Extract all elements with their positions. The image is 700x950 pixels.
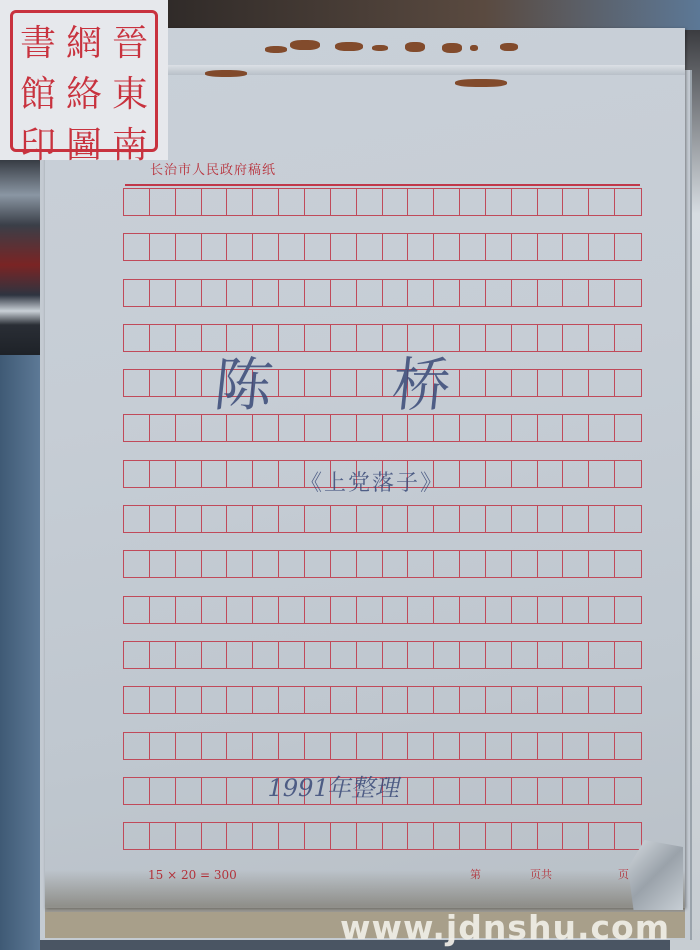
grid-cell: [253, 551, 279, 577]
grid-cell: [305, 823, 331, 849]
grid-cell: [589, 189, 615, 215]
grid-cell: [202, 733, 228, 759]
grid-cell: [486, 642, 512, 668]
grid-cell: [124, 506, 150, 532]
grid-cell: [512, 823, 538, 849]
grid-cell: [408, 597, 434, 623]
rust-stain: [372, 45, 388, 51]
rust-stain: [290, 40, 320, 50]
grid-cell: [589, 642, 615, 668]
background-shelf: [0, 155, 45, 355]
grid-cell: [305, 189, 331, 215]
grid-cell: [202, 687, 228, 713]
grid-cell: [227, 461, 253, 487]
grid-cell: [202, 280, 228, 306]
grid-cell: [383, 280, 409, 306]
grid-cell: [460, 733, 486, 759]
grid-cell: [589, 280, 615, 306]
grid-cell: [408, 733, 434, 759]
grid-cell: [331, 280, 357, 306]
grid-cell: [460, 687, 486, 713]
grid-cell: [615, 551, 641, 577]
grid-cell: [176, 234, 202, 260]
grid-cell: [227, 597, 253, 623]
grid-cell: [202, 778, 228, 804]
grid-cell: [512, 189, 538, 215]
seal-char: 網: [66, 15, 102, 66]
seal-char: 南: [112, 117, 148, 168]
grid-cell: [538, 189, 564, 215]
grid-cell: [176, 370, 202, 396]
grid-cell: [124, 733, 150, 759]
grid-cell: [589, 325, 615, 351]
grid-cell: [357, 280, 383, 306]
grid-cell: [176, 823, 202, 849]
grid-cell: [434, 687, 460, 713]
grid-cell: [460, 642, 486, 668]
grid-cell: [305, 733, 331, 759]
grid-cell: [253, 733, 279, 759]
grid-cell: [486, 461, 512, 487]
grid-cell: [253, 189, 279, 215]
grid-cell: [460, 597, 486, 623]
grid-cell: [486, 234, 512, 260]
grid-cell: [150, 733, 176, 759]
grid-cell: [589, 506, 615, 532]
grid-cell: [176, 687, 202, 713]
grid-cell: [150, 778, 176, 804]
grid-cell: [124, 687, 150, 713]
grid-cell: [202, 234, 228, 260]
grid-cell: [331, 687, 357, 713]
grid-cell: [434, 189, 460, 215]
grid-cell: [279, 642, 305, 668]
grid-cell: [331, 642, 357, 668]
grid-cell: [124, 642, 150, 668]
grid-cell: [124, 415, 150, 441]
grid-cell: [227, 189, 253, 215]
grid-cell: [383, 234, 409, 260]
grid-cell: [279, 733, 305, 759]
grid-cell: [563, 687, 589, 713]
grid-cell: [124, 778, 150, 804]
grid-cell: [486, 778, 512, 804]
grid-cell: [589, 370, 615, 396]
grid-cell: [253, 280, 279, 306]
grid-cell: [150, 415, 176, 441]
grid-cell: [227, 687, 253, 713]
grid-cell: [305, 280, 331, 306]
grid-row: [123, 686, 642, 714]
seal-char: 晉: [112, 15, 148, 66]
grid-cell: [512, 642, 538, 668]
grid-cell: [150, 189, 176, 215]
grid-cell: [563, 234, 589, 260]
rust-stain: [405, 42, 425, 52]
grid-cell: [124, 823, 150, 849]
grid-cell: [615, 234, 641, 260]
grid-cell: [615, 778, 641, 804]
grid-cell: [563, 778, 589, 804]
grid-cell: [357, 234, 383, 260]
grid-cell: [331, 733, 357, 759]
grid-cell: [538, 551, 564, 577]
grid-cell: [227, 551, 253, 577]
grid-cell: [331, 234, 357, 260]
grid-cell: [615, 280, 641, 306]
grid-cell: [563, 506, 589, 532]
grid-cell: [253, 823, 279, 849]
grid-cell: [124, 280, 150, 306]
grid-cell: [150, 370, 176, 396]
grid-cell: [512, 733, 538, 759]
grid-cell: [202, 189, 228, 215]
grid-cell: [279, 823, 305, 849]
grid-cell: [615, 415, 641, 441]
grid-row: [123, 505, 642, 533]
writing-grid: [123, 188, 642, 867]
grid-cell: [408, 642, 434, 668]
grid-cell: [486, 506, 512, 532]
grid-cell: [357, 733, 383, 759]
grid-row: [123, 596, 642, 624]
grid-cell: [227, 778, 253, 804]
grid-cell: [615, 370, 641, 396]
grid-cell: [150, 506, 176, 532]
grid-cell: [589, 778, 615, 804]
grid-cell: [124, 461, 150, 487]
grid-row: [123, 550, 642, 578]
grid-cell: [460, 280, 486, 306]
grid-cell: [538, 733, 564, 759]
grid-cell: [460, 234, 486, 260]
grid-cell: [176, 597, 202, 623]
grid-cell: [408, 551, 434, 577]
grid-cell: [124, 551, 150, 577]
grid-cell: [227, 506, 253, 532]
grid-row: [123, 188, 642, 216]
rust-stain: [470, 45, 478, 51]
grid-cell: [357, 642, 383, 668]
grid-cell: [150, 461, 176, 487]
grid-cell: [202, 642, 228, 668]
rust-stain: [265, 46, 287, 53]
grid-cell: [305, 551, 331, 577]
staple-rust: [455, 79, 507, 87]
grid-cell: [408, 506, 434, 532]
grid-cell: [150, 597, 176, 623]
grid-cell: [486, 823, 512, 849]
grid-cell: [434, 551, 460, 577]
grid-cell: [589, 461, 615, 487]
paper-header-title: 长治市人民政府稿纸: [150, 159, 276, 178]
grid-cell: [615, 597, 641, 623]
grid-cell: [512, 234, 538, 260]
grid-cell: [383, 733, 409, 759]
grid-cell: [563, 551, 589, 577]
grid-cell: [538, 280, 564, 306]
header-rule: [125, 184, 640, 186]
grid-cell: [227, 642, 253, 668]
grid-row: [123, 279, 642, 307]
grid-cell: [202, 597, 228, 623]
grid-cell: [589, 687, 615, 713]
grid-cell: [538, 461, 564, 487]
grid-cell: [176, 506, 202, 532]
rust-stain: [335, 42, 363, 51]
grid-cell: [434, 506, 460, 532]
grid-cell: [434, 778, 460, 804]
grid-cell: [512, 778, 538, 804]
grid-cell: [563, 642, 589, 668]
grid-cell: [512, 597, 538, 623]
grid-cell: [176, 415, 202, 441]
grid-cell: [357, 597, 383, 623]
grid-cell: [589, 597, 615, 623]
grid-cell: [176, 325, 202, 351]
grid-cell: [460, 189, 486, 215]
seal-char: 印: [20, 117, 56, 168]
grid-cell: [460, 823, 486, 849]
grid-cell: [227, 823, 253, 849]
grid-cell: [563, 597, 589, 623]
grid-cell: [331, 551, 357, 577]
work-title: 《上党落子》: [300, 466, 444, 497]
grid-row: [123, 641, 642, 669]
grid-cell: [589, 551, 615, 577]
grid-cell: [512, 506, 538, 532]
grid-cell: [563, 823, 589, 849]
grid-cell: [150, 642, 176, 668]
grid-cell: [512, 551, 538, 577]
grid-cell: [305, 597, 331, 623]
grid-cell: [408, 280, 434, 306]
grid-cell: [150, 823, 176, 849]
grid-cell: [563, 415, 589, 441]
grid-cell: [279, 506, 305, 532]
grid-cell: [357, 687, 383, 713]
grid-cell: [331, 189, 357, 215]
grid-cell: [176, 778, 202, 804]
grid-cell: [512, 461, 538, 487]
grid-cell: [357, 189, 383, 215]
grid-cell: [357, 551, 383, 577]
grid-cell: [383, 551, 409, 577]
grid-cell: [227, 280, 253, 306]
grid-row: [123, 233, 642, 261]
grid-cell: [589, 733, 615, 759]
grid-cell: [124, 325, 150, 351]
watermark: www.jdnshu.com: [340, 908, 670, 947]
grid-cell: [150, 234, 176, 260]
grid-cell: [615, 325, 641, 351]
background-top: [160, 0, 700, 30]
grid-cell: [538, 823, 564, 849]
grid-cell: [305, 687, 331, 713]
seal-char: 圖: [66, 117, 102, 168]
grid-cell: [331, 506, 357, 532]
grid-cell: [176, 189, 202, 215]
grid-cell: [563, 280, 589, 306]
grid-cell: [538, 642, 564, 668]
grid-cell: [408, 687, 434, 713]
grid-cell: [460, 506, 486, 532]
date-note: 1991年整理: [264, 768, 405, 803]
grid-cell: [615, 733, 641, 759]
grid-cell: [615, 461, 641, 487]
rust-stain: [500, 43, 518, 51]
grid-cell: [486, 280, 512, 306]
grid-cell: [383, 823, 409, 849]
grid-cell: [124, 370, 150, 396]
staple-rust: [205, 70, 247, 77]
grid-cell: [460, 551, 486, 577]
grid-cell: [486, 551, 512, 577]
grid-cell: [512, 280, 538, 306]
library-seal: 書 網 晉 館 絡 東 印 圖 南: [10, 10, 158, 152]
grid-cell: [176, 551, 202, 577]
seal-char: 東: [112, 66, 148, 117]
grid-cell: [615, 823, 641, 849]
grid-cell: [124, 234, 150, 260]
grid-cell: [538, 234, 564, 260]
grid-cell: [460, 778, 486, 804]
grid-cell: [563, 189, 589, 215]
grid-cell: [383, 506, 409, 532]
seal-char: 書: [20, 15, 56, 66]
grid-row: [123, 732, 642, 760]
rust-stain: [442, 43, 462, 53]
grid-cell: [615, 642, 641, 668]
grid-cell: [512, 687, 538, 713]
grid-cell: [253, 597, 279, 623]
grid-cell: [408, 778, 434, 804]
grid-row: [123, 822, 642, 850]
grid-cell: [486, 687, 512, 713]
grid-cell: [305, 234, 331, 260]
grid-cell: [589, 823, 615, 849]
grid-cell: [563, 733, 589, 759]
grid-cell: [253, 461, 279, 487]
grid-cell: [253, 234, 279, 260]
grid-cell: [615, 687, 641, 713]
grid-cell: [434, 823, 460, 849]
grid-cell: [434, 733, 460, 759]
grid-cell: [563, 461, 589, 487]
grid-cell: [589, 234, 615, 260]
grid-cell: [202, 506, 228, 532]
grid-cell: [486, 733, 512, 759]
grid-cell: [615, 506, 641, 532]
grid-cell: [227, 733, 253, 759]
grid-cell: [408, 189, 434, 215]
grid-cell: [408, 234, 434, 260]
grid-cell: [383, 189, 409, 215]
grid-cell: [202, 551, 228, 577]
grid-cell: [538, 597, 564, 623]
author-name: 陈桥: [211, 338, 576, 422]
seal-char: 館: [20, 66, 56, 117]
grid-cell: [150, 280, 176, 306]
grid-cell: [434, 597, 460, 623]
grid-cell: [486, 597, 512, 623]
grid-cell: [150, 325, 176, 351]
grid-cell: [383, 687, 409, 713]
grid-cell: [279, 189, 305, 215]
grid-cell: [408, 823, 434, 849]
grid-cell: [434, 642, 460, 668]
grid-cell: [202, 823, 228, 849]
grid-cell: [305, 506, 331, 532]
grid-cell: [279, 597, 305, 623]
grid-cell: [279, 234, 305, 260]
grid-cell: [227, 234, 253, 260]
grid-cell: [253, 506, 279, 532]
grid-cell: [383, 597, 409, 623]
grid-cell: [460, 461, 486, 487]
grid-cell: [176, 733, 202, 759]
grid-cell: [279, 687, 305, 713]
grid-cell: [589, 415, 615, 441]
grid-cell: [150, 551, 176, 577]
grid-cell: [331, 823, 357, 849]
grid-cell: [538, 506, 564, 532]
grid-cell: [486, 189, 512, 215]
grid-cell: [538, 778, 564, 804]
grid-cell: [538, 687, 564, 713]
grid-cell: [124, 189, 150, 215]
grid-cell: [305, 642, 331, 668]
grid-cell: [176, 461, 202, 487]
seal-char: 絡: [66, 66, 102, 117]
grid-cell: [279, 280, 305, 306]
grid-cell: [357, 506, 383, 532]
grid-cell: [357, 823, 383, 849]
grid-cell: [202, 461, 228, 487]
grid-cell: [279, 551, 305, 577]
grid-cell: [253, 642, 279, 668]
background-left: [0, 355, 40, 950]
grid-cell: [383, 642, 409, 668]
grid-cell: [434, 234, 460, 260]
grid-cell: [434, 280, 460, 306]
grid-cell: [124, 597, 150, 623]
grid-cell: [176, 280, 202, 306]
grid-cell: [615, 189, 641, 215]
grid-cell: [253, 687, 279, 713]
grid-cell: [331, 597, 357, 623]
grid-cell: [176, 642, 202, 668]
grid-cell: [150, 687, 176, 713]
